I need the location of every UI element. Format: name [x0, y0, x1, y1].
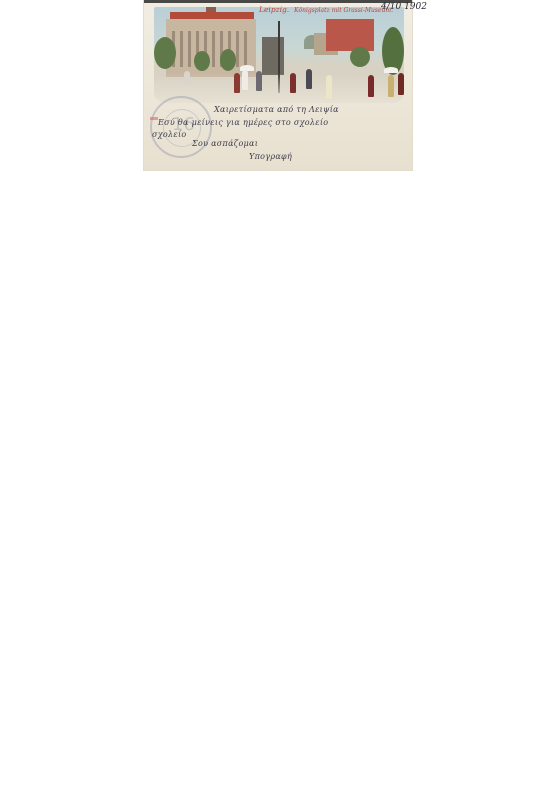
- message-signature: Υπογραφή: [249, 152, 292, 161]
- tree: [220, 49, 236, 71]
- postcard: Leipzig.Königsplatz mit Grassi-Museum. 4…: [144, 0, 412, 170]
- caption-subtitle: Königsplatz mit Grassi-Museum.: [294, 7, 393, 14]
- scan-edge: [144, 0, 412, 3]
- red-building: [326, 19, 374, 51]
- postcard-caption: Leipzig.Königsplatz mit Grassi-Museum.: [259, 5, 393, 14]
- figure: [184, 71, 190, 85]
- figure: [256, 71, 262, 91]
- tree: [350, 47, 370, 67]
- figure: [234, 73, 240, 93]
- figure: [306, 69, 312, 89]
- street-scene-illustration: [154, 7, 404, 103]
- message-line-2: Εσύ θα μείνεις για ημέρες στο σχολείο: [158, 118, 328, 127]
- figure: [398, 73, 404, 95]
- handwritten-date: 4/10 1902: [381, 2, 427, 12]
- tree: [194, 51, 210, 71]
- figure: [242, 70, 248, 90]
- tree: [154, 37, 176, 69]
- building-windows: [172, 31, 252, 67]
- postmark-stamp: 16: [150, 96, 212, 158]
- figure: [326, 75, 332, 99]
- figure: [388, 75, 394, 97]
- message-line-3: σχολείο: [152, 130, 187, 139]
- parasol: [384, 67, 398, 73]
- message-line-1: Χαιρετίσματα από τη Λειψία: [214, 105, 339, 114]
- monument: [262, 37, 284, 75]
- message-line-4: Σου ασπάζομαι: [192, 139, 258, 148]
- red-ink-mark: [150, 117, 158, 120]
- caption-city: Leipzig.: [259, 5, 289, 14]
- figure: [290, 73, 296, 93]
- figure: [368, 75, 374, 97]
